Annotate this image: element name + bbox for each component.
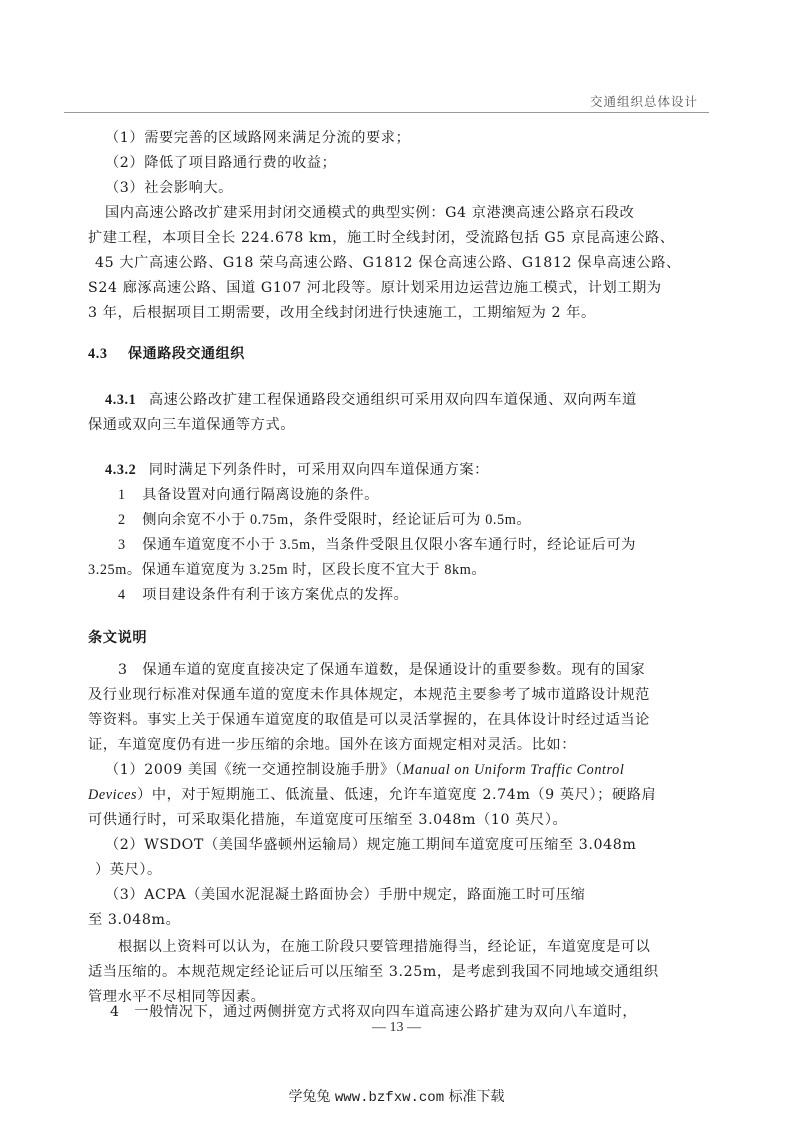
- page-number: — 13 —: [0, 1020, 793, 1036]
- clause-intro: 同时满足下列条件时，可采用双向四车道保通方案：: [149, 462, 489, 478]
- clause-item: 1 具备设置对向通行隔离设施的条件。: [118, 485, 379, 505]
- intro-list-item: （2）降低了项目路通行费的收益；: [105, 153, 336, 173]
- reference-3-line2: 至 3.048m。: [88, 910, 180, 930]
- commentary-para4: 4 一般情况下，通过两侧拼宽方式将双向四车道高速公路扩建为双向八车道时，: [110, 1002, 637, 1022]
- watermark-suffix: 标准下载: [449, 1089, 505, 1105]
- ref-prefix: （1）2009 美国《统一交通控制设施手册》（: [105, 762, 403, 778]
- item-number: 3: [118, 537, 126, 553]
- reference-1: （1）2009 美国《统一交通控制设施手册》（Manual on Uniform…: [105, 760, 624, 780]
- paragraph-line: 45 大广高速公路、G18 荣乌高速公路、G1812 保仓高速公路、G1812 …: [95, 253, 681, 273]
- clause-text: 高速公路改扩建工程保通路段交通组织可采用双向四车道保通、双向两车道: [149, 392, 637, 408]
- paragraph-line: 国内高速公路改扩建采用封闭交通模式的典型实例：G4 京港澳高速公路京石段改: [105, 203, 634, 223]
- reference-3: （3）ACPA（美国水泥混凝土路面协会）手册中规定，路面施工时可压缩: [105, 885, 585, 905]
- watermark-url[interactable]: www.bzfxw.com: [335, 1090, 444, 1106]
- clause-item: 2 侧向余宽不小于 0.75m，条件受限时，经论证后可为 0.5m。: [118, 510, 531, 530]
- clause-4-3-2: 4.3.2 同时满足下列条件时，可采用双向四车道保通方案：: [105, 460, 489, 480]
- clause-item: 4 项目建设条件有利于该方案优点的发挥。: [118, 585, 408, 605]
- reference-1-line3: 可供通行时，可采取渠化措施，车道宽度可压缩至 3.048m（10 英尺）。: [88, 810, 567, 830]
- paragraph-line: 扩建工程，本项目全长 224.678 km，施工时全线封闭，受流路包括 G5 京…: [88, 228, 675, 248]
- clause-item: 3 保通车道宽度不小于 3.5m，当条件受限且仅限小客车通行时，经论证后可为: [118, 535, 636, 555]
- reference-2: （2）WSDOT（美国华盛顿州运输局）规定施工期间车道宽度可压缩至 3.048m: [105, 835, 636, 855]
- item-number: 2: [118, 512, 126, 528]
- item-number: 4: [118, 587, 126, 603]
- ref-text: ）中，对于短期施工、低流量、低速，允许车道宽度 2.74m（9 英尺）；硬路肩: [137, 787, 656, 803]
- clause-text: 保通或双向三车道保通等方式。: [88, 415, 295, 435]
- ref-title-en: Devices: [88, 787, 137, 803]
- ref-title-en: Manual on Uniform Traffic Control: [403, 762, 625, 778]
- running-head: 交通组织总体设计: [590, 92, 698, 110]
- section-number: 4.3: [88, 346, 108, 362]
- watermark-prefix: 学兔兔: [288, 1089, 330, 1105]
- paragraph-line: S24 廊涿高速公路、国道 G107 河北段等。原计划采用边运营边施工模式，计划…: [88, 278, 662, 298]
- item-text: 具备设置对向通行隔离设施的条件。: [142, 487, 379, 503]
- commentary-line: 等资料。事实上关于保通车道宽度的取值是可以灵活掌握的，在具体设计时经过适当论: [88, 710, 650, 730]
- intro-list-item: （1）需要完善的区域路网来满足分流的要求；: [105, 128, 410, 148]
- reference-1-line2: Devices）中，对于短期施工、低流量、低速，允许车道宽度 2.74m（9 英…: [88, 785, 656, 805]
- commentary-line: 及行业现行标准对保通车道的宽度未作具体规定，本规范主要参考了城市道路设计规范: [88, 685, 650, 705]
- header-rule: [64, 112, 709, 113]
- conclusion-line: 根据以上资料可以认为，在施工阶段只要管理措施得当，经论证，车道宽度是可以: [118, 937, 650, 957]
- item-text: 侧向余宽不小于 0.75m，条件受限时，经论证后可为 0.5m。: [142, 512, 531, 528]
- conclusion-line: 适当压缩的。本规范规定经论证后可以压缩至 3.25m，是考虑到我国不同地域交通组…: [88, 962, 659, 982]
- commentary-title: 条文说明: [88, 628, 147, 648]
- commentary-line: 3 保通车道的宽度直接决定了保通车道数，是保通设计的重要参数。现有的国家: [118, 660, 645, 680]
- watermark: 学兔兔 www.bzfxw.com 标准下载: [0, 1086, 793, 1106]
- clause-number: 4.3.1: [105, 392, 136, 408]
- item-text-continued: 3.25m。保通车道宽度为 3.25m 时，区段长度不宜大于 8km。: [88, 560, 486, 580]
- reference-2-line2: ）英尺）。: [95, 860, 162, 880]
- intro-list-item: （3）社会影响大。: [105, 178, 233, 198]
- item-text: 项目建设条件有利于该方案优点的发挥。: [142, 587, 408, 603]
- item-number: 1: [118, 487, 126, 503]
- section-title: 保通路段交通组织: [128, 346, 245, 362]
- clause-number: 4.3.2: [105, 462, 136, 478]
- item-text: 保通车道宽度不小于 3.5m，当条件受限且仅限小客车通行时，经论证后可为: [142, 537, 636, 553]
- section-heading: 4.3 保通路段交通组织: [88, 344, 245, 364]
- paragraph-line: 3 年，后根据项目工期需要，改用全线封闭进行快速施工，工期缩短为 2 年。: [88, 303, 596, 323]
- commentary-line: 证，车道宽度仍有进一步压缩的余地。国外在该方面规定相对灵活。比如：: [88, 735, 576, 755]
- clause-4-3-1: 4.3.1 高速公路改扩建工程保通路段交通组织可采用双向四车道保通、双向两车道: [105, 390, 637, 410]
